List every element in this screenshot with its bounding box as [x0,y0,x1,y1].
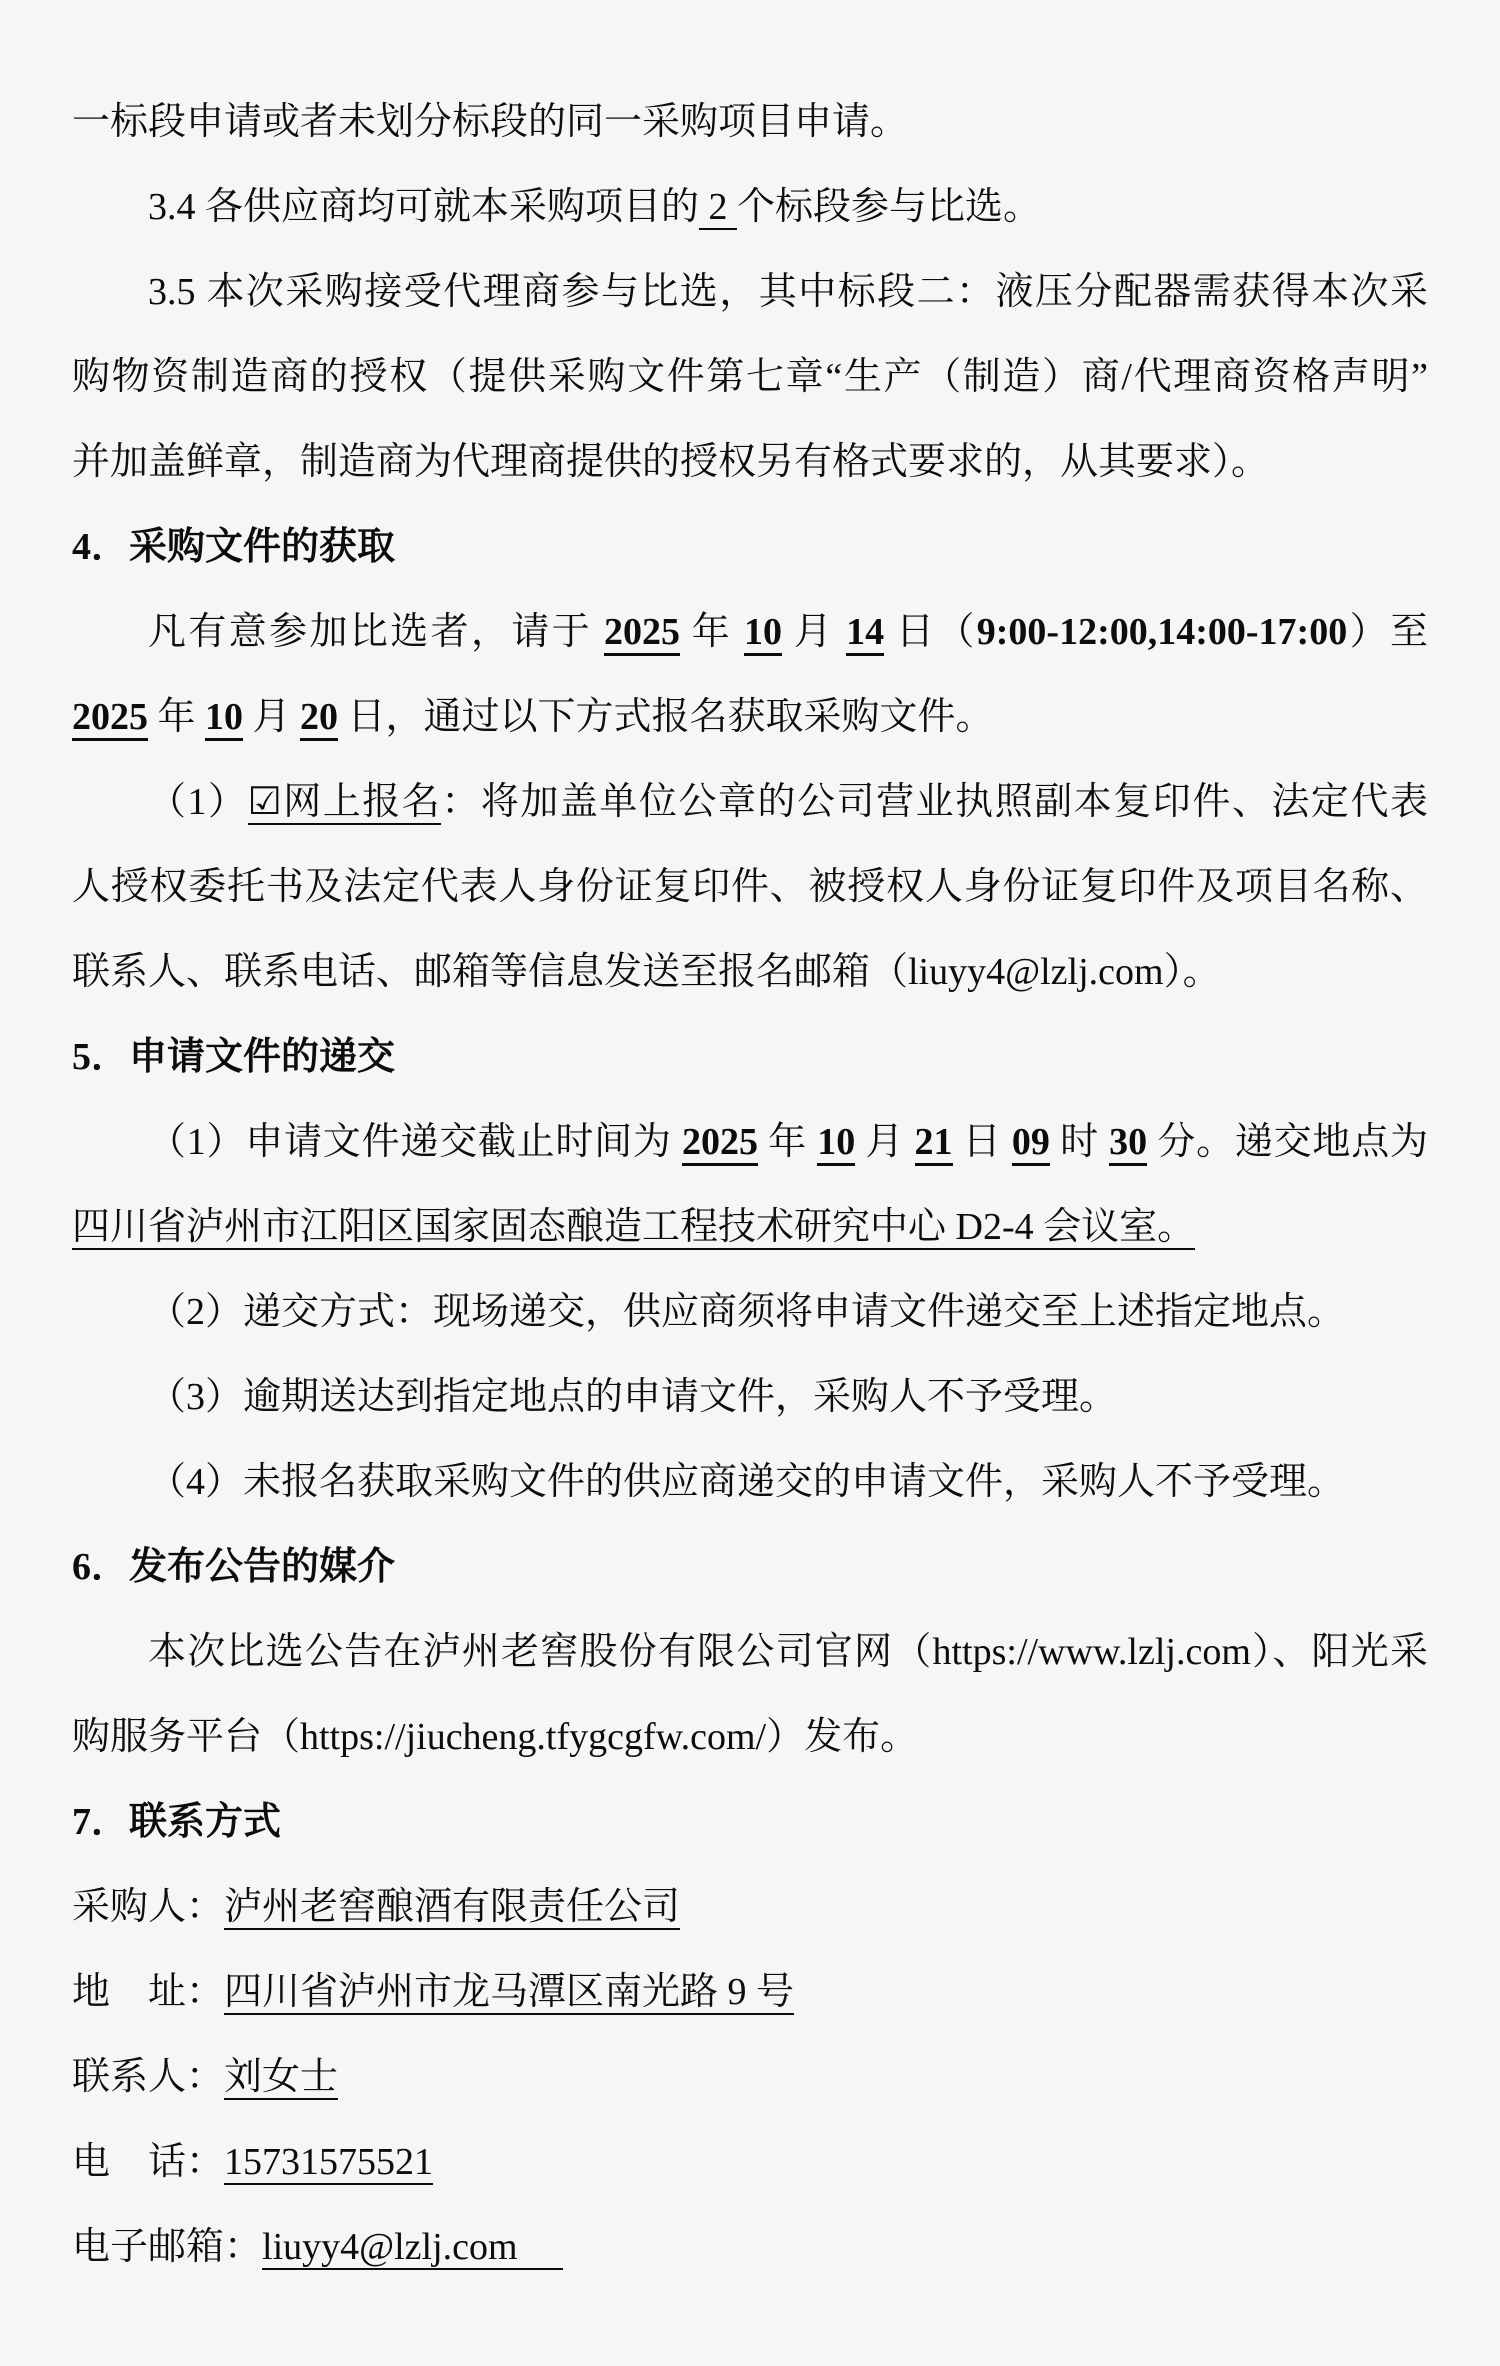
text-segment: 月 [855,1121,914,1163]
purchaser-value: 泸州老窖酿酒有限责任公司 [224,1886,680,1930]
deadline-year-value: 2025 [682,1121,758,1166]
late-submission-line: （3）逾期送达到指定地点的申请文件，采购人不予受理。 [72,1355,1428,1440]
text-segment: 3.5 本次采购接受代理商参与比选，其中标段二：液压分配器需获得本次采 [148,271,1428,313]
heading-text: 4．采购文件的获取 [72,526,395,568]
text-segment: ：将加盖单位公章的公司营业执照副本复印件、法定代表 [441,781,1428,823]
text-segment: 3.4 各供应商均可就本采购项目的 [148,186,699,228]
office-hours-value: 9:00-12:00,14:00-17:00 [977,611,1347,653]
registration-period-line2: 2025 年 10 月 20 日，通过以下方式报名获取采购文件。 [72,675,1428,760]
contact-person-label: 联系人： [72,2056,224,2098]
text-segment: ）至 [1347,611,1428,653]
contact-person-value: 刘女士 [224,2056,338,2100]
checked-checkbox-icon: ☑ [248,781,282,823]
deadline-hour-value: 09 [1012,1121,1050,1166]
section-heading-7: 7．联系方式 [72,1780,1428,1865]
text-segment: 网上报名 [282,781,442,823]
text-segment: 人授权委托书及法定代表人身份证复印件、被授权人身份证复印件及项目名称、 [72,866,1428,908]
text-segment: 凡有意参加比选者，请于 [148,611,604,653]
submission-address-value: 四川省泸州市江阳区国家固态酿造工程技术研究中心 D2-4 会议室。 [72,1206,1195,1250]
website-url-text: 本次比选公告在泸州老窖股份有限公司官网（https://www.lzlj.com… [148,1631,1428,1673]
phone-label: 电 话： [72,2141,224,2183]
purchaser-row: 采购人：泸州老窖酿酒有限责任公司 [72,1865,1428,1950]
paragraph-continuation: 一标段申请或者未划分标段的同一采购项目申请。 [72,80,1428,165]
submission-address-line: 四川省泸州市江阳区国家固态酿造工程技术研究中心 D2-4 会议室。 [72,1185,1428,1270]
heading-text: 6．发布公告的媒介 [72,1546,395,1588]
online-signup-line3: 联系人、联系电话、邮箱等信息发送至报名邮箱（liuyy4@lzlj.com）。 [72,930,1428,1015]
submission-method-line: （2）递交方式：现场递交，供应商须将申请文件递交至上述指定地点。 [72,1270,1428,1355]
text-segment: 并加盖鲜章，制造商为代理商提供的授权另有格式要求的，从其要求）。 [72,441,1269,483]
heading-text: 5．申请文件的递交 [72,1036,395,1078]
unregistered-submission-line: （4）未报名获取采购文件的供应商递交的申请文件，采购人不予受理。 [72,1440,1428,1525]
text-segment: 年 [148,696,205,738]
section-heading-5: 5．申请文件的递交 [72,1015,1428,1100]
text-segment: 月 [782,611,846,653]
end-month-value: 10 [205,696,243,741]
text-segment: 日 [953,1121,1012,1163]
address-value: 四川省泸州市龙马潭区南光路 9 号 [224,1971,794,2015]
clause-3-4: 3.4 各供应商均可就本采购项目的 2 个标段参与比选。 [72,165,1428,250]
address-label: 地 址： [72,1971,224,2013]
section-heading-6: 6．发布公告的媒介 [72,1525,1428,1610]
clause-3-5-line3: 并加盖鲜章，制造商为代理商提供的授权另有格式要求的，从其要求）。 [72,420,1428,505]
clause-3-5-line2: 购物资制造商的授权（提供采购文件第七章“生产（制造）商/代理商资格声明” [72,335,1428,420]
platform-url-text: 购服务平台（https://jiucheng.tfygcgfw.com/）发布。 [72,1716,918,1758]
text-segment: 日（ [884,611,977,653]
registration-period-line1: 凡有意参加比选者，请于 2025 年 10 月 14 日（9:00-12:00,… [72,590,1428,675]
text-segment: （3）逾期送达到指定地点的申请文件，采购人不予受理。 [148,1376,1117,1418]
announcement-media-line2: 购服务平台（https://jiucheng.tfygcgfw.com/）发布。 [72,1695,1428,1780]
text-segment: 个标段参与比选。 [737,186,1041,228]
deadline-minute-value: 30 [1109,1121,1147,1166]
text-segment: 购物资制造商的授权（提供采购文件第七章“生产（制造）商/代理商资格声明” [72,356,1428,398]
section-heading-4: 4．采购文件的获取 [72,505,1428,590]
text-segment: （1） [148,781,248,823]
announcement-media-line1: 本次比选公告在泸州老窖股份有限公司官网（https://www.lzlj.com… [72,1610,1428,1695]
text-segment: 时 [1050,1121,1109,1163]
submission-deadline-line: （1）申请文件递交截止时间为 2025 年 10 月 21 日 09 时 30 … [72,1100,1428,1185]
purchaser-label: 采购人： [72,1886,224,1928]
phone-value: 15731575521 [224,2141,433,2185]
document-page: 一标段申请或者未划分标段的同一采购项目申请。 3.4 各供应商均可就本采购项目的… [0,0,1500,2366]
deadline-month-value: 10 [817,1121,855,1166]
heading-text: 7．联系方式 [72,1801,281,1843]
phone-row: 电 话：15731575521 [72,2120,1428,2205]
signup-email-text: 联系人、联系电话、邮箱等信息发送至报名邮箱（liuyy4@lzlj.com）。 [72,951,1221,993]
start-month-value: 10 [744,611,782,656]
online-signup-line2: 人授权委托书及法定代表人身份证复印件、被授权人身份证复印件及项目名称、 [72,845,1428,930]
text-segment: 年 [758,1121,817,1163]
text-segment: 日，通过以下方式报名获取采购文件。 [338,696,994,738]
scanned-procurement-notice: { "page": { "background": "#f6f6f5", "te… [0,0,1500,2366]
end-year-value: 2025 [72,696,148,741]
text-segment: （2）递交方式：现场递交，供应商须将申请文件递交至上述指定地点。 [148,1291,1345,1333]
start-year-value: 2025 [604,611,680,656]
address-row: 地 址：四川省泸州市龙马潭区南光路 9 号 [72,1950,1428,2035]
text-segment: （4）未报名获取采购文件的供应商递交的申请文件，采购人不予受理。 [148,1461,1345,1503]
email-label: 电子邮箱： [72,2226,262,2268]
email-value: liuyy4@lzlj.com [262,2226,563,2270]
online-signup-label: ☑网上报名 [248,781,442,825]
text-segment: （1）申请文件递交截止时间为 [148,1121,682,1163]
email-row: 电子邮箱：liuyy4@lzlj.com [72,2205,1428,2290]
deadline-day-value: 21 [915,1121,953,1166]
text-segment: 月 [243,696,300,738]
contact-person-row: 联系人：刘女士 [72,2035,1428,2120]
end-day-value: 20 [300,696,338,741]
lot-count-value: 2 [699,186,737,230]
start-day-value: 14 [846,611,884,656]
text-segment: 一标段申请或者未划分标段的同一采购项目申请。 [72,101,908,143]
online-signup-line1: （1）☑网上报名：将加盖单位公章的公司营业执照副本复印件、法定代表 [72,760,1428,845]
text-segment: 年 [680,611,744,653]
text-segment: 分。递交地点为 [1147,1121,1428,1163]
clause-3-5-line1: 3.5 本次采购接受代理商参与比选，其中标段二：液压分配器需获得本次采 [72,250,1428,335]
